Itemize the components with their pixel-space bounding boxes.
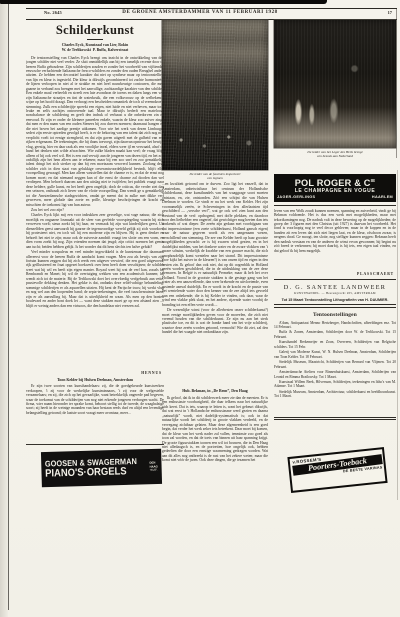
paragraph: De tentoonstelling van Charles Eyck bren… bbox=[26, 56, 164, 207]
scan-right-line bbox=[396, 8, 397, 158]
photo-salvation-army-visit bbox=[274, 20, 396, 148]
column-2-text: ...en kwaliteit getoond om te durven. Zo… bbox=[162, 182, 268, 386]
scan-right-line-2 bbox=[397, 170, 398, 500]
ad-santee-landweer: D. G. SANTEE LANDWEER KUNSTHANDEL. — Hee… bbox=[274, 282, 396, 304]
paragraph: leven van een Wolk zoudt kunnen noemen, … bbox=[274, 209, 396, 254]
ad-brand-sup: IE bbox=[371, 178, 376, 183]
ad-goosen-address: DEN HAAG TELEF. bbox=[149, 462, 158, 472]
title-divider bbox=[87, 39, 103, 40]
section-heading-hub-bekman: Hub. Bekman, in „De Bron”, Den Haag bbox=[162, 389, 268, 394]
paragraph: Veel minder scrupuleus en veel minder in… bbox=[26, 250, 164, 308]
masthead: DE GROENE AMSTERDAMMER VAN 11 FEBRUARI 1… bbox=[0, 10, 400, 15]
exhibition-entry: Buffa & Zonen, Amsterdam, Schilderijen d… bbox=[274, 330, 396, 339]
exhibition-entry: Stedelijk Museum, Maastricht, Schilderij… bbox=[274, 360, 396, 369]
ad-pol-roger: POL ROGER & CIE LE CHAMPAGNE EN VOGUE JA… bbox=[274, 174, 396, 201]
exhibitions-heading: Tentoonstellingen bbox=[274, 312, 396, 318]
ad-goosen-phone: TELEF. bbox=[150, 468, 158, 471]
photo-caption: De leider van de fascisten inspecteert e… bbox=[162, 172, 268, 180]
article-title: Schilderkunst bbox=[26, 24, 164, 37]
ad-van-rossem-tobacco: v.ROSSEM'S Poorters-Toeback DE BESTE VAR… bbox=[287, 447, 387, 493]
column-1-text: De tentoonstelling van Charles Eyck bren… bbox=[26, 56, 164, 370]
paragraph: De wezenlijke winst (voor de allerbesten… bbox=[162, 308, 268, 335]
paragraph: Charles Eyck lijkt mij een voor indrukke… bbox=[26, 213, 164, 249]
column-3-text: leven van een Wolk zoudt kunnen noemen, … bbox=[274, 209, 396, 271]
ad-goosen-products: PIANO'S·ORGELS bbox=[45, 466, 139, 480]
column-1-bottom-rule bbox=[26, 444, 164, 445]
column-3: De leider van het Leger des Heils brengt… bbox=[274, 20, 396, 420]
ad-goosen-text: GOOSEN & SWAGERMAN PIANO'S·ORGELS bbox=[45, 457, 150, 480]
header-rule-top bbox=[26, 8, 397, 9]
paragraph: Zou het wel zoo zijn? bbox=[26, 208, 164, 212]
scan-left-line bbox=[8, 4, 9, 610]
ad-distributor: JAGER-GERLINGS bbox=[277, 195, 315, 199]
ad-brand-text: POL ROGER & C bbox=[295, 178, 371, 188]
divider-rule bbox=[274, 279, 396, 280]
ad-pol-roger-footer: JAGER-GERLINGS HAARLEM bbox=[277, 195, 393, 199]
ad-santee-exhibition: Tot 15 Maart Tentoonstelling Lithografie… bbox=[276, 297, 393, 302]
subtitle-line-2: W. de Terlikowski P. Buffa, Kalverstraat bbox=[62, 48, 129, 52]
ad-santee-address: KUNSTHANDEL. — Heerengracht 205, AMSTERD… bbox=[274, 291, 396, 295]
exhibition-entry: Amsterdamsche Ateliers voor Binnenhuisku… bbox=[274, 370, 396, 379]
ad-pol-roger-tagline: LE CHAMPAGNE EN VOGUE bbox=[277, 189, 393, 195]
exhibition-entry: Kunsthandel Berkemeijer en Zoon, Overvee… bbox=[274, 340, 396, 349]
divider-rule bbox=[274, 205, 396, 206]
subtitle-line-1: Charles Eyck, Kunstzaal van Lier, Rokin bbox=[62, 43, 128, 47]
caption-line-2: een bezoek aan Nederland bbox=[317, 154, 353, 158]
paragraph: Er zijn twee soorten van kunsthandelaars… bbox=[26, 384, 164, 415]
paragraph: ...en kwaliteit getoond om te durven. Zo… bbox=[162, 182, 268, 307]
exhibition-entry: Galerij van Moderne Kunst, W. N. Hulsen … bbox=[274, 350, 396, 359]
ad-goosen-swagerman: GOOSEN & SWAGERMAN PIANO'S·ORGELS DEN HA… bbox=[42, 449, 162, 486]
photo-caption: De leider van het Leger des Heils brengt… bbox=[274, 150, 396, 158]
column-2: De leider van de fascisten inspecteert e… bbox=[162, 20, 268, 488]
caption-line-2: een legioen bbox=[207, 176, 223, 180]
exhibition-entry: Kunstzaal Willem Beek, Hilversum, Schild… bbox=[274, 380, 396, 389]
article-subtitle: Charles Eyck, Kunstzaal van Lier, Rokin … bbox=[26, 43, 164, 53]
column-2-section-text: Ik geloof, dat ik in dit schilderwerk me… bbox=[162, 396, 268, 488]
page-number: 17 bbox=[388, 10, 392, 15]
column-1-section-text: Er zijn twee soorten van kunsthandelaars… bbox=[26, 384, 164, 436]
exhibition-entry: A'dam, Antiquariaat Menno Hertzberger, H… bbox=[274, 321, 396, 330]
exhibitions-list: A'dam, Antiquariaat Menno Hertzberger, H… bbox=[274, 321, 396, 417]
section-heading-toon-kelder: Toon Kelder bij Hulsen Deelman, Amsterda… bbox=[26, 378, 164, 383]
author-signature: HENNUS bbox=[26, 371, 162, 375]
ad-city: HAARLEM bbox=[372, 195, 393, 199]
paragraph: Ik geloof, dat ik in dit schilderwerk me… bbox=[162, 396, 268, 463]
scan-top-bar bbox=[0, 0, 327, 4]
author-signature-plasschaert: PLASSCHAERT bbox=[274, 272, 394, 276]
double-divider-rule bbox=[274, 417, 396, 421]
ad-santee-name: D. G. SANTEE LANDWEER bbox=[274, 284, 396, 291]
exhibition-entry: Stedelijk Museum, Amsterdam, Architectuu… bbox=[274, 390, 396, 399]
double-divider-rule bbox=[274, 304, 396, 308]
scan-left-edge bbox=[0, 0, 8, 617]
column-1: Schilderkunst Charles Eyck, Kunstzaal va… bbox=[26, 24, 164, 436]
photo-fascist-inspection bbox=[162, 20, 268, 170]
newspaper-page: No. 2645 DE GROENE AMSTERDAMMER VAN 11 F… bbox=[0, 0, 400, 617]
